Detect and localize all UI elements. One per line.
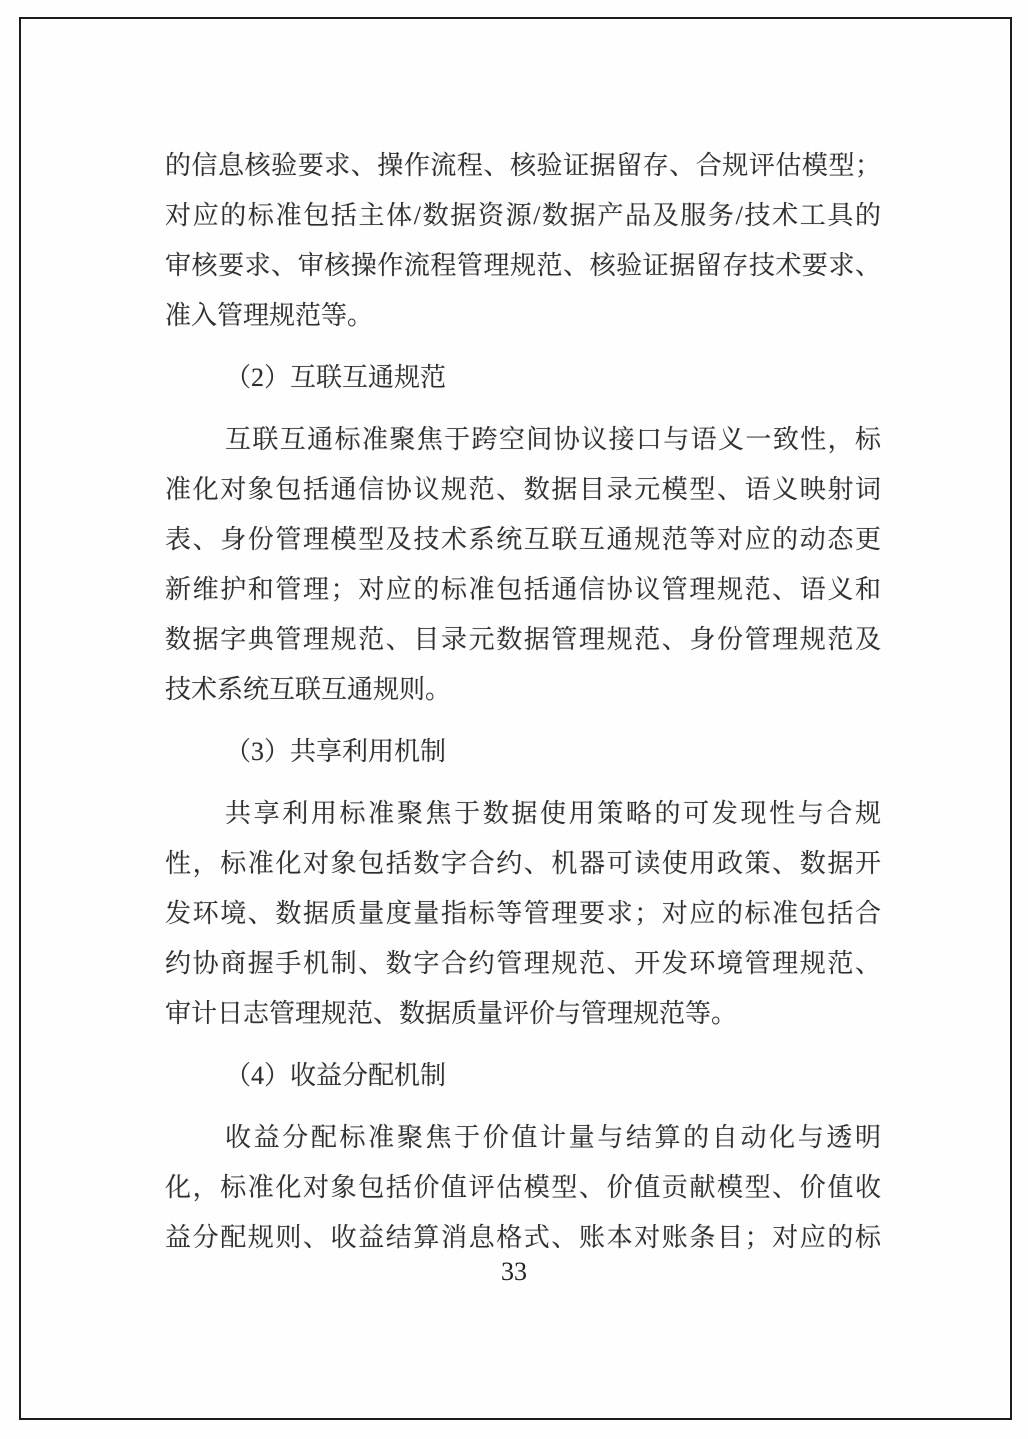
text-line: 互联互通标准聚焦于跨空间协议接口与语义一致性，标	[165, 415, 881, 465]
paragraph: 的信息核验要求、操作流程、核验证据留存、合规评估模型；对应的标准包括主体/数据资…	[165, 141, 881, 341]
text-line: 审核要求、审核操作流程管理规范、核验证据留存技术要求、	[165, 241, 881, 291]
page-number: 33	[0, 1254, 1028, 1290]
text-line: （3）共享利用机制	[165, 727, 881, 777]
text-line: 数据字典管理规范、目录元数据管理规范、身份管理规范及	[165, 615, 881, 665]
text-line: 性，标准化对象包括数字合约、机器可读使用政策、数据开	[165, 839, 881, 889]
text-line: （4）收益分配机制	[165, 1051, 881, 1101]
text-line: 化，标准化对象包括价值评估模型、价值贡献模型、价值收	[165, 1163, 881, 1213]
text-line: 技术系统互联互通规则。	[165, 665, 881, 715]
section-heading: （4）收益分配机制	[165, 1051, 881, 1101]
section-heading: （3）共享利用机制	[165, 727, 881, 777]
text-line: 表、身份管理模型及技术系统互联互通规范等对应的动态更	[165, 515, 881, 565]
text-line: 准入管理规范等。	[165, 291, 881, 341]
document-text: 的信息核验要求、操作流程、核验证据留存、合规评估模型；对应的标准包括主体/数据资…	[165, 141, 881, 1263]
text-line: 发环境、数据质量度量指标等管理要求；对应的标准包括合	[165, 889, 881, 939]
text-line: 准化对象包括通信协议规范、数据目录元模型、语义映射词	[165, 465, 881, 515]
paragraph: 共享利用标准聚焦于数据使用策略的可发现性与合规性，标准化对象包括数字合约、机器可…	[165, 789, 881, 1039]
text-line: 新维护和管理；对应的标准包括通信协议管理规范、语义和	[165, 565, 881, 615]
text-line: 对应的标准包括主体/数据资源/数据产品及服务/技术工具的	[165, 191, 881, 241]
document-page: 的信息核验要求、操作流程、核验证据留存、合规评估模型；对应的标准包括主体/数据资…	[0, 0, 1028, 1439]
text-line: 的信息核验要求、操作流程、核验证据留存、合规评估模型；	[165, 141, 881, 191]
text-line: （2）互联互通规范	[165, 353, 881, 403]
paragraph: 收益分配标准聚焦于价值计量与结算的自动化与透明化，标准化对象包括价值评估模型、价…	[165, 1113, 881, 1263]
text-line: 收益分配标准聚焦于价值计量与结算的自动化与透明	[165, 1113, 881, 1163]
text-line: 共享利用标准聚焦于数据使用策略的可发现性与合规	[165, 789, 881, 839]
text-line: 约协商握手机制、数字合约管理规范、开发环境管理规范、	[165, 939, 881, 989]
text-line: 审计日志管理规范、数据质量评价与管理规范等。	[165, 989, 881, 1039]
paragraph: 互联互通标准聚焦于跨空间协议接口与语义一致性，标准化对象包括通信协议规范、数据目…	[165, 415, 881, 715]
section-heading: （2）互联互通规范	[165, 353, 881, 403]
